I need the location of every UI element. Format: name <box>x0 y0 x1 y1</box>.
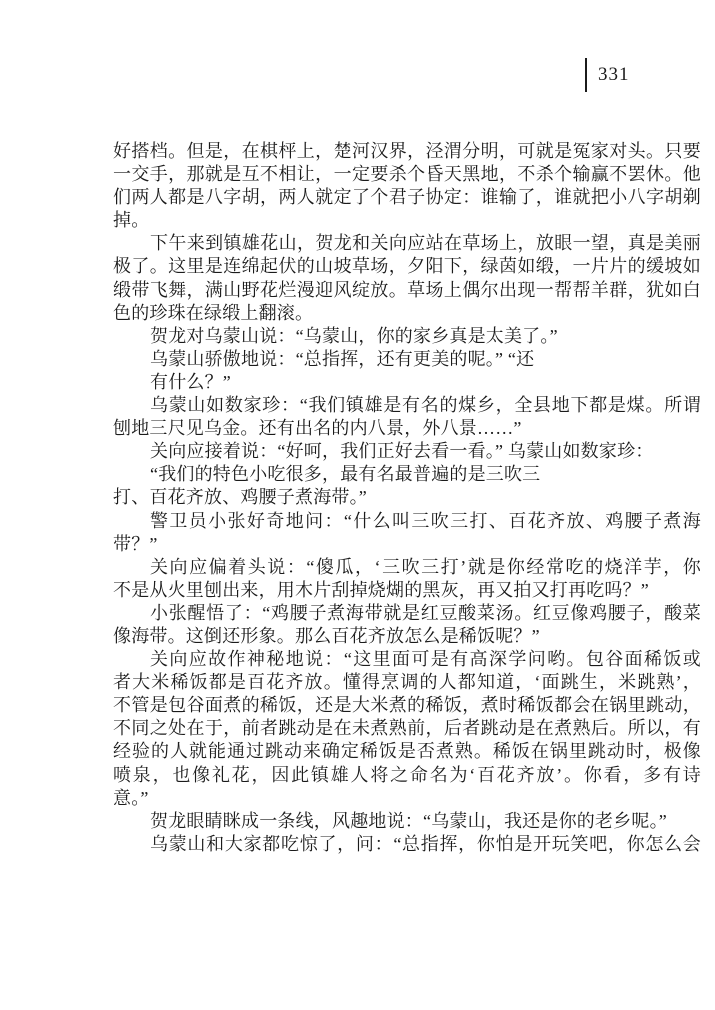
text-line: 关向应偏着头说：“傻瓜，‘三吹三打’就是你经常吃的烧洋芋，你 <box>113 556 701 579</box>
text-line: 们两人都是八字胡，两人就定了个君子协定：谁输了，谁就把小八字胡剃 <box>113 186 701 209</box>
text-line: 喷泉，也像礼花，因此镇雄人将之命名为‘百花齐放’。你看，多有诗 <box>113 764 701 787</box>
text-line: 有什么？” <box>113 371 701 394</box>
page-number: 331 <box>598 64 630 86</box>
text-line: 极了。这里是连绵起伏的山坡草场，夕阳下，绿茵如缎，一片片的缓坡如 <box>113 255 701 278</box>
text-line: 意。” <box>113 787 701 810</box>
text-line: 一交手，那就是互不相让，一定要杀个昏天黑地，不杀个输赢不罢休。他 <box>113 163 701 186</box>
text-line: 不是从火里刨出来，用木片刮掉烧煳的黑灰，再又拍又打再吃吗？” <box>113 579 701 602</box>
text-line: 贺龙眼睛眯成一条线，风趣地说：“乌蒙山，我还是你的老乡呢。” <box>113 810 701 833</box>
page-header: 331 <box>585 58 630 92</box>
text-line: 打、百花齐放、鸡腰子煮海带。” <box>113 486 701 509</box>
text-line: 小张醒悟了：“鸡腰子煮海带就是红豆酸菜汤。红豆像鸡腰子，酸菜 <box>113 602 701 625</box>
text-line: 不同之处在于，前者跳动是在未煮熟前，后者跳动是在煮熟后。所以，有 <box>113 717 701 740</box>
text-line: 好搭档。但是，在棋枰上，楚河汉界，泾渭分明，可就是冤家对头。只要 <box>113 140 701 163</box>
text-line: 乌蒙山和大家都吃惊了，问：“总指挥，你怕是开玩笑吧，你怎么会 <box>113 833 701 856</box>
text-line: 贺龙对乌蒙山说：“乌蒙山，你的家乡真是太美了。” <box>113 325 701 348</box>
text-line: 警卫员小张好奇地问：“什么叫三吹三打、百花齐放、鸡腰子煮海 <box>113 510 701 533</box>
text-line: 缎带飞舞，满山野花烂漫迎风绽放。草场上偶尔出现一帮帮羊群，犹如白 <box>113 279 701 302</box>
header-rule <box>585 58 587 92</box>
book-page: 331 好搭档。但是，在棋枰上，楚河汉界，泾渭分明，可就是冤家对头。只要一交手，… <box>0 0 715 1010</box>
text-line: 关向应故作神秘地说：“这里面可是有高深学问哟。包谷面稀饭或 <box>113 648 701 671</box>
page-body: 好搭档。但是，在棋枰上，楚河汉界，泾渭分明，可就是冤家对头。只要一交手，那就是互… <box>113 140 701 856</box>
text-line: 不管是包谷面煮的稀饭，还是大米煮的稀饭，煮时稀饭都会在锅里跳动， <box>113 694 701 717</box>
text-line: 下午来到镇雄花山，贺龙和关向应站在草场上，放眼一望，真是美丽 <box>113 232 701 255</box>
text-line: “我们的特色小吃很多，最有名最普遍的是三吹三 <box>113 463 701 486</box>
text-line: 刨地三尺见乌金。还有出名的内八景，外八景……” <box>113 417 701 440</box>
text-line: 乌蒙山骄傲地说：“总指挥，还有更美的呢。” “还 <box>113 348 701 371</box>
text-line: 色的珍珠在绿缎上翻滚。 <box>113 302 701 325</box>
text-line: 像海带。这倒还形象。那么百花齐放怎么是稀饭呢？” <box>113 625 701 648</box>
text-line: 带？” <box>113 533 701 556</box>
text-line: 关向应接着说：“好呵，我们正好去看一看。” 乌蒙山如数家珍： <box>113 440 701 463</box>
text-line: 乌蒙山如数家珍：“我们镇雄是有名的煤乡，全县地下都是煤。所谓 <box>113 394 701 417</box>
text-line: 者大米稀饭都是百花齐放。懂得烹调的人都知道，‘面跳生，米跳熟’， <box>113 671 701 694</box>
text-line: 掉。 <box>113 209 701 232</box>
text-line: 经验的人就能通过跳动来确定稀饭是否煮熟。稀饭在锅里跳动时，极像 <box>113 740 701 763</box>
